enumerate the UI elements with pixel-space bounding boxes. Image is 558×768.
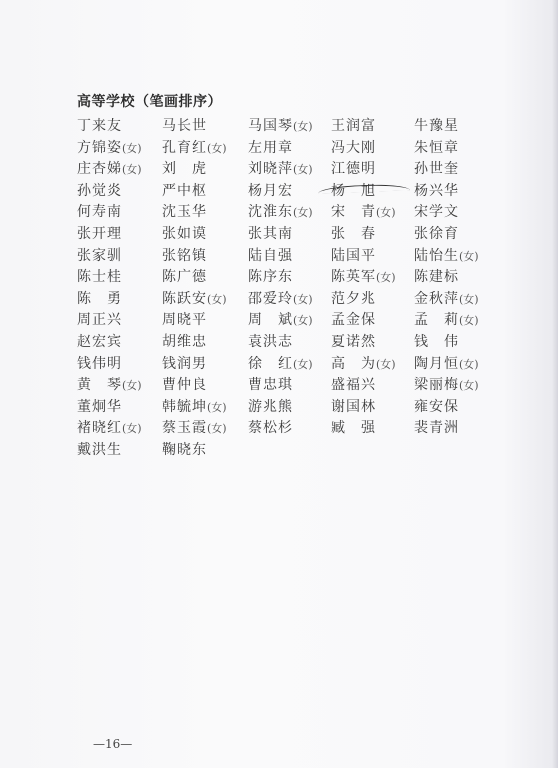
person-name: 丁来友: [77, 118, 122, 134]
person-name: 左用章: [248, 140, 293, 156]
list-item: 丁来友: [77, 115, 122, 135]
section-title: 高等学校（笔画排序）: [77, 91, 222, 111]
list-item: 周正兴: [77, 309, 122, 329]
person-name: 陈士桂: [77, 269, 122, 285]
list-item: 王润富: [331, 115, 376, 135]
list-item: 孔育红(女): [162, 137, 227, 157]
person-name: 盛福兴: [331, 377, 376, 393]
person-name: 周正兴: [77, 312, 122, 328]
list-item: 朱恒章: [414, 137, 459, 157]
person-name: 王润富: [331, 118, 376, 134]
list-item: 赵宏宾: [77, 331, 122, 351]
gender-marker: (女): [293, 206, 313, 219]
list-item: 陆怡生(女): [414, 245, 479, 265]
list-item: 刘 虎: [162, 158, 207, 178]
person-name: 刘晓萍: [248, 161, 293, 177]
list-item: 陈建标: [414, 266, 459, 286]
person-name: 徐 红: [248, 356, 293, 372]
list-item: 陈序东: [248, 266, 293, 286]
list-item: 陈士桂: [77, 266, 122, 286]
gender-marker: (女): [293, 293, 313, 306]
list-item: 杨月宏: [248, 180, 293, 200]
person-name: 张徐育: [414, 226, 459, 242]
gender-marker: (女): [122, 142, 142, 155]
person-name: 蔡松杉: [248, 420, 293, 436]
gender-marker: (女): [207, 142, 227, 155]
person-name: 杨月宏: [248, 183, 293, 199]
gender-marker: (女): [376, 358, 396, 371]
person-name: 陈建标: [414, 269, 459, 285]
gender-marker: (女): [459, 293, 479, 306]
person-name: 赵宏宾: [77, 334, 122, 350]
list-item: 陆国平: [331, 245, 376, 265]
list-item: 陈 勇: [77, 288, 122, 308]
person-name: 宋学文: [414, 204, 459, 220]
person-name: 张家驯: [77, 248, 122, 264]
list-item: 陈英军(女): [331, 266, 396, 286]
list-item: 陈跃安(女): [162, 288, 227, 308]
list-item: 曹仲良: [162, 374, 207, 394]
list-item: 左用章: [248, 137, 293, 157]
gender-marker: (女): [207, 422, 227, 435]
person-name: 邵爱玲: [248, 291, 293, 307]
gender-marker: (女): [459, 250, 479, 263]
gender-marker: (女): [459, 379, 479, 392]
list-item: 金秋萍(女): [414, 288, 479, 308]
list-item: 陈广德: [162, 266, 207, 286]
list-item: 庄杏娣(女): [77, 158, 142, 178]
list-item: 宋 青(女): [331, 201, 396, 221]
gender-marker: (女): [376, 206, 396, 219]
list-item: 何寿南: [77, 201, 122, 221]
page-edge-shadow: [552, 0, 558, 768]
list-item: 徐 红(女): [248, 353, 313, 373]
list-item: 游兆熊: [248, 396, 293, 416]
gender-marker: (女): [207, 293, 227, 306]
person-name: 冯大刚: [331, 140, 376, 156]
list-item: 钱润男: [162, 353, 207, 373]
list-item: 周晓平: [162, 309, 207, 329]
person-name: 陈英军: [331, 269, 376, 285]
person-name: 陈广德: [162, 269, 207, 285]
gender-marker: (女): [122, 163, 142, 176]
list-item: 张铭镇: [162, 245, 207, 265]
list-item: 钱 伟: [414, 331, 459, 351]
list-item: 牛豫星: [414, 115, 459, 135]
list-item: 孟 莉(女): [414, 309, 479, 329]
list-item: 谢国林: [331, 396, 376, 416]
person-name: 高 为: [331, 356, 376, 372]
person-name: 钱润男: [162, 356, 207, 372]
person-name: 江德明: [331, 161, 376, 177]
person-name: 蔡玉霞: [162, 420, 207, 436]
list-item: 张徐育: [414, 223, 459, 243]
person-name: 游兆熊: [248, 399, 293, 415]
person-name: 沈玉华: [162, 204, 207, 220]
person-name: 方锦姿: [77, 140, 122, 156]
list-item: 夏诺然: [331, 331, 376, 351]
gender-marker: (女): [459, 358, 479, 371]
person-name: 严中枢: [162, 183, 207, 199]
list-item: 张 春: [331, 223, 376, 243]
person-name: 黄 琴: [77, 377, 122, 393]
list-item: 孙世奎: [414, 158, 459, 178]
person-name: 庄杏娣: [77, 161, 122, 177]
person-name: 周 斌: [248, 312, 293, 328]
list-item: 江德明: [331, 158, 376, 178]
person-name: 戴洪生: [77, 442, 122, 458]
person-name: 沈淮东: [248, 204, 293, 220]
person-name: 孟 莉: [414, 312, 459, 328]
list-item: 褚晓红(女): [77, 417, 142, 437]
person-name: 周晓平: [162, 312, 207, 328]
person-name: 陈跃安: [162, 291, 207, 307]
list-item: 张其南: [248, 223, 293, 243]
person-name: 孙世奎: [414, 161, 459, 177]
list-item: 沈玉华: [162, 201, 207, 221]
person-name: 钱 伟: [414, 334, 459, 350]
person-name: 鞠晓东: [162, 442, 207, 458]
list-item: 张家驯: [77, 245, 122, 265]
person-name: 谢国林: [331, 399, 376, 415]
list-item: 韩毓坤(女): [162, 396, 227, 416]
person-name: 陈序东: [248, 269, 293, 285]
person-name: 钱伟明: [77, 356, 122, 372]
list-item: 沈淮东(女): [248, 201, 313, 221]
person-name: 裴青洲: [414, 420, 459, 436]
list-item: 梁丽梅(女): [414, 374, 479, 394]
person-name: 雍安保: [414, 399, 459, 415]
person-name: 袁洪志: [248, 334, 293, 350]
list-item: 方锦姿(女): [77, 137, 142, 157]
list-item: 董炯华: [77, 396, 122, 416]
person-name: 曹忠琪: [248, 377, 293, 393]
person-name: 张如谟: [162, 226, 207, 242]
list-item: 张如谟: [162, 223, 207, 243]
gender-marker: (女): [293, 163, 313, 176]
person-name: 马国琴: [248, 118, 293, 134]
list-item: 鞠晓东: [162, 439, 207, 459]
list-item: 裴青洲: [414, 417, 459, 437]
person-name: 臧 强: [331, 420, 376, 436]
list-item: 钱伟明: [77, 353, 122, 373]
gender-marker: (女): [122, 379, 142, 392]
person-name: 张其南: [248, 226, 293, 242]
person-name: 朱恒章: [414, 140, 459, 156]
list-item: 宋学文: [414, 201, 459, 221]
scanned-page: 高等学校（笔画排序） 丁来友马长世马国琴(女)王润富牛豫星方锦姿(女)孔育红(女…: [0, 0, 558, 768]
person-name: 金秋萍: [414, 291, 459, 307]
person-name: 陆国平: [331, 248, 376, 264]
person-name: 陶月恒: [414, 356, 459, 372]
list-item: 雍安保: [414, 396, 459, 416]
list-item: 陆自强: [248, 245, 293, 265]
list-item: 杨兴华: [414, 180, 459, 200]
list-item: 臧 强: [331, 417, 376, 437]
gender-marker: (女): [376, 271, 396, 284]
person-name: 梁丽梅: [414, 377, 459, 393]
list-item: 范夕兆: [331, 288, 376, 308]
gender-marker: (女): [122, 422, 142, 435]
list-item: 严中枢: [162, 180, 207, 200]
list-item: 张开理: [77, 223, 122, 243]
list-item: 冯大刚: [331, 137, 376, 157]
gender-marker: (女): [207, 401, 227, 414]
gender-marker: (女): [293, 314, 313, 327]
person-name: 牛豫星: [414, 118, 459, 134]
person-name: 孔育红: [162, 140, 207, 156]
list-item: 邵爱玲(女): [248, 288, 313, 308]
list-item: 马国琴(女): [248, 115, 313, 135]
list-item: 孙觉炎: [77, 180, 122, 200]
person-name: 马长世: [162, 118, 207, 134]
person-name: 胡维忠: [162, 334, 207, 350]
list-item: 陶月恒(女): [414, 353, 479, 373]
person-name: 曹仲良: [162, 377, 207, 393]
person-name: 杨兴华: [414, 183, 459, 199]
person-name: 董炯华: [77, 399, 122, 415]
person-name: 刘 虎: [162, 161, 207, 177]
person-name: 孟金保: [331, 312, 376, 328]
list-item: 高 为(女): [331, 353, 396, 373]
list-item: 孟金保: [331, 309, 376, 329]
list-item: 刘晓萍(女): [248, 158, 313, 178]
gender-marker: (女): [293, 358, 313, 371]
list-item: 黄 琴(女): [77, 374, 142, 394]
list-item: 袁洪志: [248, 331, 293, 351]
list-item: 马长世: [162, 115, 207, 135]
list-item: 盛福兴: [331, 374, 376, 394]
gender-marker: (女): [293, 120, 313, 133]
list-item: 曹忠琪: [248, 374, 293, 394]
person-name: 张开理: [77, 226, 122, 242]
gender-marker: (女): [459, 314, 479, 327]
person-name: 何寿南: [77, 204, 122, 220]
person-name: 张铭镇: [162, 248, 207, 264]
list-item: 胡维忠: [162, 331, 207, 351]
person-name: 范夕兆: [331, 291, 376, 307]
person-name: 陈 勇: [77, 291, 122, 307]
person-name: 张 春: [331, 226, 376, 242]
page-number: —16—: [93, 737, 132, 751]
list-item: 戴洪生: [77, 439, 122, 459]
list-item: 蔡松杉: [248, 417, 293, 437]
person-name: 韩毓坤: [162, 399, 207, 415]
person-name: 夏诺然: [331, 334, 376, 350]
list-item: 周 斌(女): [248, 309, 313, 329]
person-name: 陆自强: [248, 248, 293, 264]
person-name: 宋 青: [331, 204, 376, 220]
person-name: 陆怡生: [414, 248, 459, 264]
list-item: 蔡玉霞(女): [162, 417, 227, 437]
person-name: 褚晓红: [77, 420, 122, 436]
person-name: 孙觉炎: [77, 183, 122, 199]
